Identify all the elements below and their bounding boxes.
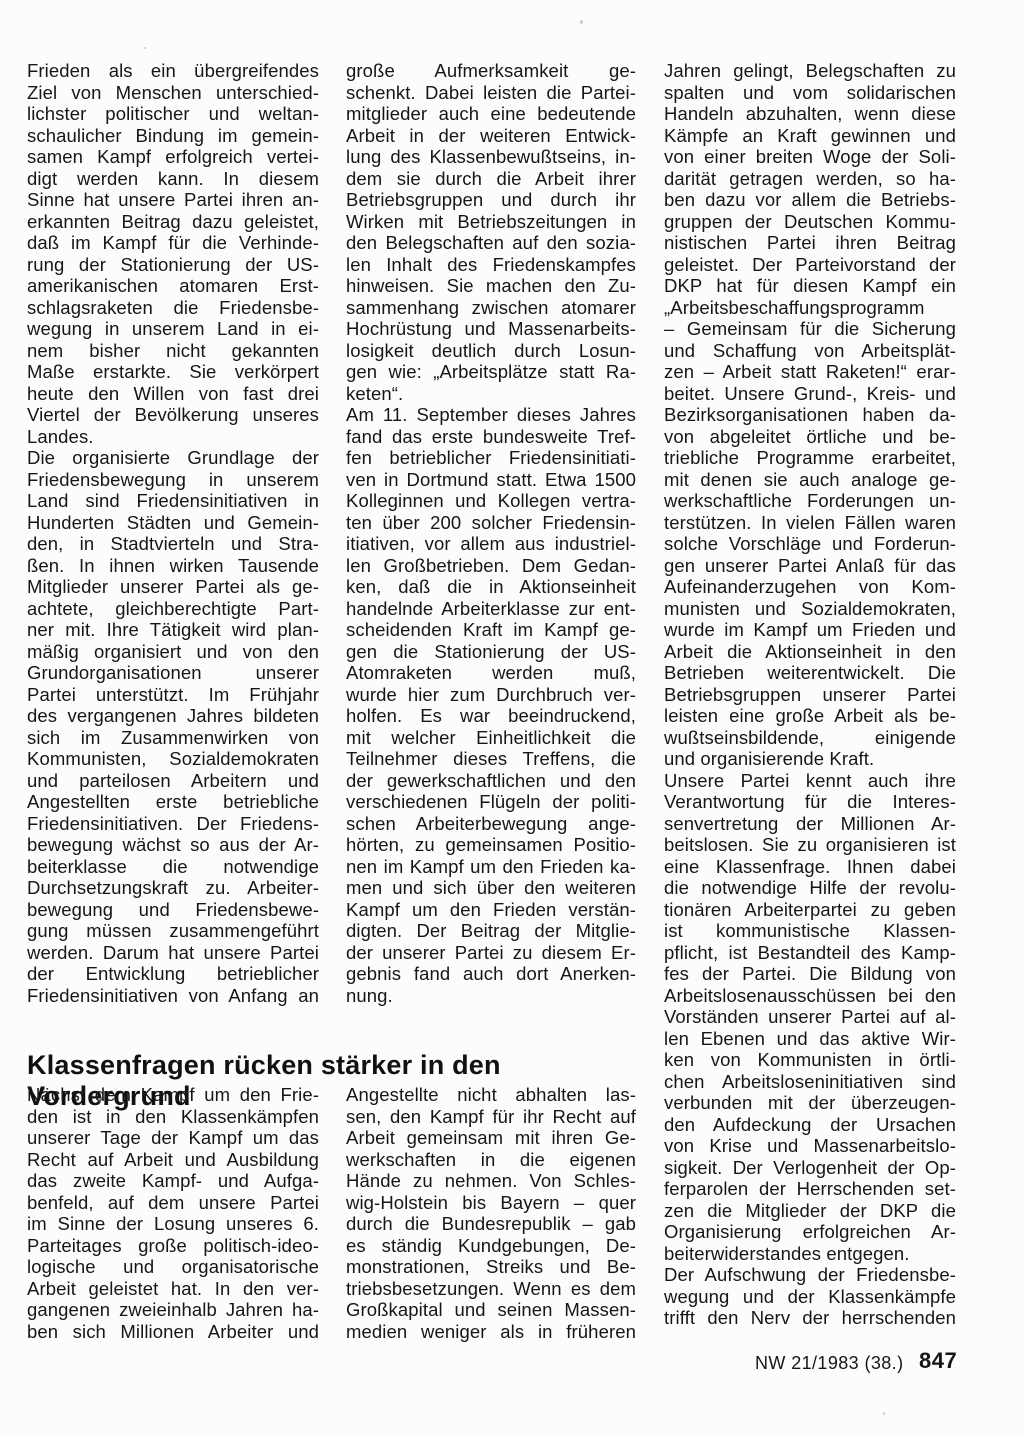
text-line: darität getragen werden, so ha- bbox=[664, 168, 956, 190]
text-line: Arbeit die Aktionseinheit in den bbox=[664, 641, 956, 663]
text-line: schenkt. Dabei leisten die Partei- bbox=[346, 82, 636, 104]
text-line: beitet. Unsere Grund-, Kreis- und bbox=[664, 383, 956, 405]
text-column-middle-bottom: Angestellte nicht abhalten las-sen, den … bbox=[346, 1084, 636, 1342]
text-line: beiterklasse die notwendige bbox=[27, 856, 319, 878]
text-line: Betriebsgruppen und durch ihr bbox=[346, 189, 636, 211]
text-line: hinweisen. Sie machen den Zu- bbox=[346, 275, 636, 297]
text-line: Maße erstarkte. Sie verkörpert bbox=[27, 361, 319, 383]
text-line: beiterwiderstandes entgegen. bbox=[664, 1243, 956, 1265]
text-line: mäßig organisiert und von den bbox=[27, 641, 319, 663]
text-line: Landes. bbox=[27, 426, 319, 448]
text-line: der Entwicklung betrieblicher bbox=[27, 963, 319, 985]
text-line: den Belegschaften auf den sozia- bbox=[346, 232, 636, 254]
text-line: Friedensinitiativen. Der Friedens- bbox=[27, 813, 319, 835]
text-line: len Großbetrieben. Dem Gedan- bbox=[346, 555, 636, 577]
text-line: und parteilosen Arbeitern und bbox=[27, 770, 319, 792]
text-line: Kommunisten, Sozialdemokraten bbox=[27, 748, 319, 770]
text-line: Angestellten erste betriebliche bbox=[27, 791, 319, 813]
text-line: Hände zu nehmen. Von Schles- bbox=[346, 1170, 636, 1192]
text-line: Ziel von Menschen unterschied- bbox=[27, 82, 319, 104]
text-line: schaulicher Bindung im gemein- bbox=[27, 125, 319, 147]
text-line: ferparolen der Herrschenden set- bbox=[664, 1178, 956, 1200]
text-line: unserer Tage der Kampf um das bbox=[27, 1127, 319, 1149]
text-line: samen Kampf erfolgreich vertei- bbox=[27, 146, 319, 168]
text-line: handelnde Arbeiterklasse zur ent- bbox=[346, 598, 636, 620]
footer-issue-label: NW 21/1983 (38.) bbox=[755, 1353, 903, 1374]
text-line: Betrieben weiterentwickelt. Die bbox=[664, 662, 956, 684]
text-line: lichster politischer und weltan- bbox=[27, 103, 319, 125]
text-line: mitglieder auch eine bedeutende bbox=[346, 103, 636, 125]
text-line: eine Klassenfrage. Ihnen dabei bbox=[664, 856, 956, 878]
text-line: gung müssen zusammengeführt bbox=[27, 920, 319, 942]
text-line: trifft den Nerv der herrschenden bbox=[664, 1307, 956, 1329]
text-line: monstrationen, Streiks und Be- bbox=[346, 1256, 636, 1278]
text-line: Organisierung erfolgreichen Ar- bbox=[664, 1221, 956, 1243]
text-line: mit welcher Einheitlichkeit die bbox=[346, 727, 636, 749]
text-line: werkschaftliche Forderungen un- bbox=[664, 490, 956, 512]
text-line: DKP hat für diesen Kampf ein bbox=[664, 275, 956, 297]
text-line: wurde hier zum Durchbruch ver- bbox=[346, 684, 636, 706]
text-line: werden. Darum hat unsere Partei bbox=[27, 942, 319, 964]
text-line: bewegung und Friedensbewe- bbox=[27, 899, 319, 921]
text-line: gruppen der Deutschen Kommu- bbox=[664, 211, 956, 233]
text-line: ven in Dortmund statt. Etwa 1500 bbox=[346, 469, 636, 491]
text-line: achtete, gleichberechtigte Part- bbox=[27, 598, 319, 620]
text-line: die notwendige Hilfe der revolu- bbox=[664, 877, 956, 899]
text-line: von Krise und Massenarbeitslo- bbox=[664, 1135, 956, 1157]
text-line: von abgeleitet örtliche und be- bbox=[664, 426, 956, 448]
text-line: Kolleginnen und Kollegen vertra- bbox=[346, 490, 636, 512]
text-line: fand das erste bundesweite Tref- bbox=[346, 426, 636, 448]
text-line: Aufeinanderzugehen von Kom- bbox=[664, 576, 956, 598]
text-line: mit denen sie auch analoge ge- bbox=[664, 469, 956, 491]
text-line: ken, daß die in Aktionseinheit bbox=[346, 576, 636, 598]
text-line: Am 11. September dieses Jahres bbox=[346, 404, 636, 426]
text-line: tionären Arbeiterpartei zu geben bbox=[664, 899, 956, 921]
text-line: losigkeit deutlich durch Losun- bbox=[346, 340, 636, 362]
text-line: beitslosen. Sie zu organisieren ist bbox=[664, 834, 956, 856]
text-line: wußtseinsbildende, einigende bbox=[664, 727, 956, 749]
text-line: ner mit. Ihre Tätigkeit wird plan- bbox=[27, 619, 319, 641]
text-line: fen betrieblicher Friedensinitiati- bbox=[346, 447, 636, 469]
text-line: verbunden mit der überzeugen- bbox=[664, 1092, 956, 1114]
text-line: ist kommunistische Klassen- bbox=[664, 920, 956, 942]
text-line: Partei unterstützt. Im Frühjahr bbox=[27, 684, 319, 706]
text-line: munisten und Sozialdemokraten, bbox=[664, 598, 956, 620]
text-line: – Gemeinsam für die Sicherung bbox=[664, 318, 956, 340]
text-line: des vergangenen Jahres bildeten bbox=[27, 705, 319, 727]
text-line: wurde im Kampf um Frieden und bbox=[664, 619, 956, 641]
text-line: Grundorganisationen unserer bbox=[27, 662, 319, 684]
text-line: Nächst dem Kampf um den Frie- bbox=[27, 1084, 319, 1106]
text-column-right: Jahren gelingt, Belegschaften zuspalten … bbox=[664, 60, 956, 1329]
text-line: Arbeit in der weiteren Entwick- bbox=[346, 125, 636, 147]
text-line: es ständig Kundgebungen, De- bbox=[346, 1235, 636, 1257]
text-line: und organisierende Kraft. bbox=[664, 748, 956, 770]
text-line: und Schaffung von Arbeitsplät- bbox=[664, 340, 956, 362]
text-line: ten über 200 solcher Friedensin- bbox=[346, 512, 636, 534]
text-line: Recht auf Arbeit und Ausbildung bbox=[27, 1149, 319, 1171]
text-line: chen Arbeitsloseninitiativen sind bbox=[664, 1071, 956, 1093]
text-line: von einer breiten Woge der Soli- bbox=[664, 146, 956, 168]
text-line: len Inhalt des Friedenskampfes bbox=[346, 254, 636, 276]
text-line: triebsbesetzungen. Wenn es dem bbox=[346, 1278, 636, 1300]
text-line: Großkapital und seinen Massen- bbox=[346, 1299, 636, 1321]
text-line: Unsere Partei kennt auch ihre bbox=[664, 770, 956, 792]
text-column-left-bottom: Nächst dem Kampf um den Frie-den ist in … bbox=[27, 1084, 319, 1342]
text-line: geleistet. Der Parteivorstand der bbox=[664, 254, 956, 276]
text-line: Friedensinitiativen von Anfang an bbox=[27, 985, 319, 1007]
text-line: scheidenden Kraft im Kampf ge- bbox=[346, 619, 636, 641]
text-line: leisten eine große Arbeit als be- bbox=[664, 705, 956, 727]
text-line: Verantwortung für die Interes- bbox=[664, 791, 956, 813]
text-line: spalten und vom solidarischen bbox=[664, 82, 956, 104]
text-line: Der Aufschwung der Friedensbe- bbox=[664, 1264, 956, 1286]
text-line: gen unserer Partei Anlaß für das bbox=[664, 555, 956, 577]
text-line: erkannten Beitrag dazu geleistet, bbox=[27, 211, 319, 233]
text-line: werkschaften in die eigenen bbox=[346, 1149, 636, 1171]
text-line: fes der Partei. Die Bildung von bbox=[664, 963, 956, 985]
text-line: sen, den Kampf für ihr Recht auf bbox=[346, 1106, 636, 1128]
text-line: sich im Zusammenwirken von bbox=[27, 727, 319, 749]
text-line: wegung und der Klassenkämpfe bbox=[664, 1286, 956, 1308]
text-line: Durchsetzungskraft zu. Arbeiter- bbox=[27, 877, 319, 899]
text-line: Sinne hat unsere Partei ihren an- bbox=[27, 189, 319, 211]
text-line: logische und organisatorische bbox=[27, 1256, 319, 1278]
text-line: ben sich Millionen Arbeiter und bbox=[27, 1321, 319, 1343]
text-column-left-top: Frieden als ein übergreifendesZiel von M… bbox=[27, 60, 319, 1006]
text-line: digten. Der Beitrag der Mitglie- bbox=[346, 920, 636, 942]
text-line: zen – Arbeit statt Raketen!“ erar- bbox=[664, 361, 956, 383]
text-line: Angestellte nicht abhalten las- bbox=[346, 1084, 636, 1106]
text-line: Arbeit geleistet hat. In den ver- bbox=[27, 1278, 319, 1300]
text-line: Hochrüstung und Massenarbeits- bbox=[346, 318, 636, 340]
text-line: Atomraketen werden muß, bbox=[346, 662, 636, 684]
text-line: bewegung wächst so aus der Ar- bbox=[27, 834, 319, 856]
text-line: Arbeitslosenausschüssen bei den bbox=[664, 985, 956, 1007]
text-line: „Arbeitsbeschaffungsprogramm bbox=[664, 297, 956, 319]
text-line: ken von Kommunisten in örtli- bbox=[664, 1049, 956, 1071]
text-line: zen die Mitglieder der DKP die bbox=[664, 1200, 956, 1222]
text-line: triebliche Programme erarbeitet, bbox=[664, 447, 956, 469]
text-line: rung der Stationierung der US- bbox=[27, 254, 319, 276]
text-line: Viertel der Bevölkerung unseres bbox=[27, 404, 319, 426]
text-line: sigkeit. Der Verlogenheit der Op- bbox=[664, 1157, 956, 1179]
text-line: Land sind Friedensinitiativen in bbox=[27, 490, 319, 512]
text-line: der unserer Partei zu diesem Er- bbox=[346, 942, 636, 964]
text-line: verschiedenen Flügeln der politi- bbox=[346, 791, 636, 813]
text-line: den Aufdeckung der Ursachen bbox=[664, 1114, 956, 1136]
text-line: Handeln abzuhalten, wenn diese bbox=[664, 103, 956, 125]
text-line: Frieden als ein übergreifendes bbox=[27, 60, 319, 82]
text-line: amerikanischen atomaren Erst- bbox=[27, 275, 319, 297]
text-line: heute den Willen von fast drei bbox=[27, 383, 319, 405]
text-line: das zweite Kampf- und Aufga- bbox=[27, 1170, 319, 1192]
scan-speck bbox=[144, 47, 146, 49]
text-line: Teilnehmer dieses Treffens, die bbox=[346, 748, 636, 770]
text-line: gangenen zweieinhalb Jahren ha- bbox=[27, 1299, 319, 1321]
scan-speck bbox=[883, 1412, 885, 1415]
text-line: lung des Klassenbewußtseins, in- bbox=[346, 146, 636, 168]
text-line: pflicht, ist Bestandteil des Kamp- bbox=[664, 942, 956, 964]
text-line: Kämpfe an Kraft gewinnen und bbox=[664, 125, 956, 147]
text-line: Wirken mit Betriebszeitungen in bbox=[346, 211, 636, 233]
text-line: sammenhang zwischen atomarer bbox=[346, 297, 636, 319]
footer-page-number: 847 bbox=[919, 1348, 957, 1374]
text-line: schen Arbeiterbewegung ange- bbox=[346, 813, 636, 835]
text-line: dem sie durch die Arbeit ihrer bbox=[346, 168, 636, 190]
magazine-page: Frieden als ein übergreifendesZiel von M… bbox=[0, 0, 1024, 1434]
text-line: gen die Stationierung der US- bbox=[346, 641, 636, 663]
text-line: gen wie: „Arbeitsplätze statt Ra- bbox=[346, 361, 636, 383]
text-line: benfeld, auf dem unsere Partei bbox=[27, 1192, 319, 1214]
text-line: solche Vorschläge und Forderun- bbox=[664, 533, 956, 555]
text-line: Mitglieder unserer Partei als ge- bbox=[27, 576, 319, 598]
text-line: itiativen, vor allem aus industriel- bbox=[346, 533, 636, 555]
text-line: digt werden kann. In diesem bbox=[27, 168, 319, 190]
text-line: nistischen Partei ihren Beitrag bbox=[664, 232, 956, 254]
text-line: wegung in unserem Land in ei- bbox=[27, 318, 319, 340]
text-line: nem bisher nicht gekannten bbox=[27, 340, 319, 362]
scan-speck bbox=[580, 20, 583, 24]
text-line: Friedensbewegung in unserem bbox=[27, 469, 319, 491]
text-line: nen im Kampf um den Frieden ka- bbox=[346, 856, 636, 878]
text-line: Hunderten Städten und Gemein- bbox=[27, 512, 319, 534]
text-column-middle-top: große Aufmerksamkeit ge-schenkt. Dabei l… bbox=[346, 60, 636, 1006]
text-line: len Ebenen und das aktive Wir- bbox=[664, 1028, 956, 1050]
text-line: durch die Bundesrepublik – gab bbox=[346, 1213, 636, 1235]
text-line: hörten, zu gemeinsamen Positio- bbox=[346, 834, 636, 856]
text-line: Arbeit gemeinsam mit ihren Ge- bbox=[346, 1127, 636, 1149]
text-line: medien weniger als in früheren bbox=[346, 1321, 636, 1343]
text-line: ßen. In ihnen wirken Tausende bbox=[27, 555, 319, 577]
text-line: ben dazu vor allem die Betriebs- bbox=[664, 189, 956, 211]
text-line: nung. bbox=[346, 985, 636, 1007]
text-line: Jahren gelingt, Belegschaften zu bbox=[664, 60, 956, 82]
text-line: den ist in den Klassenkämpfen bbox=[27, 1106, 319, 1128]
text-line: Kampf um den Frieden verstän- bbox=[346, 899, 636, 921]
text-line: Vorständen unserer Partei auf al- bbox=[664, 1006, 956, 1028]
text-line: Betriebsgruppen unserer Partei bbox=[664, 684, 956, 706]
text-line: keten“. bbox=[346, 383, 636, 405]
text-line: Bezirksorganisationen haben da- bbox=[664, 404, 956, 426]
text-line: Die organisierte Grundlage der bbox=[27, 447, 319, 469]
text-line: men und sich über den weiteren bbox=[346, 877, 636, 899]
text-line: terstützen. In vielen Fällen waren bbox=[664, 512, 956, 534]
text-line: Parteitages große politisch-ideo- bbox=[27, 1235, 319, 1257]
text-line: holfen. Es war beeindruckend, bbox=[346, 705, 636, 727]
text-line: daß im Kampf für die Verhinde- bbox=[27, 232, 319, 254]
text-line: den, in Stadtvierteln und Stra- bbox=[27, 533, 319, 555]
text-line: wig-Holstein bis Bayern – quer bbox=[346, 1192, 636, 1214]
text-line: der gewerkschaftlichen und den bbox=[346, 770, 636, 792]
text-line: gebnis fand auch dort Anerken- bbox=[346, 963, 636, 985]
text-line: im Sinne der Losung unseres 6. bbox=[27, 1213, 319, 1235]
text-line: große Aufmerksamkeit ge- bbox=[346, 60, 636, 82]
text-line: schlagsraketen die Friedensbe- bbox=[27, 297, 319, 319]
text-line: senvertretung der Millionen Ar- bbox=[664, 813, 956, 835]
